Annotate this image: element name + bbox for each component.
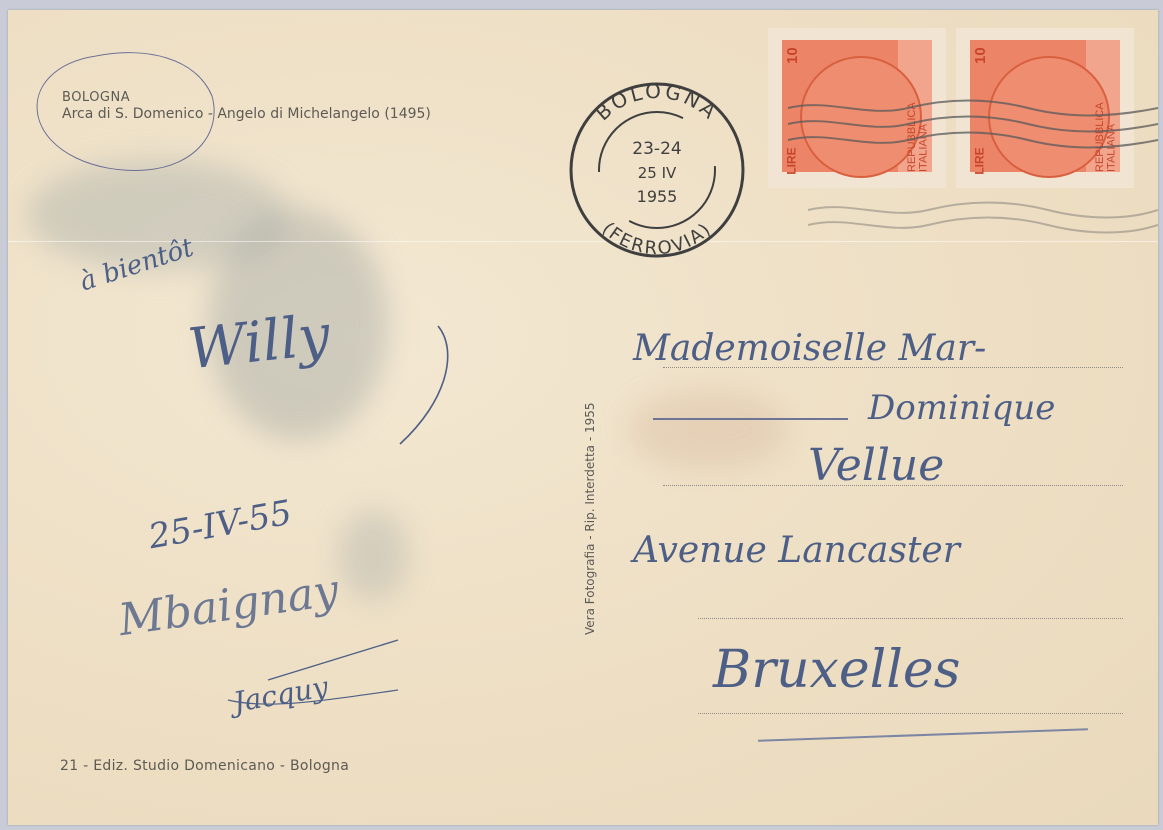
postmark-time: 23-24 (632, 139, 681, 159)
handwritten-date: 25-IV-55 (146, 493, 295, 557)
address-underline (758, 728, 1088, 742)
postmark-station: (FERROVIA) (598, 218, 716, 258)
address-line-5: Bruxelles (713, 640, 960, 700)
address-line-1: Mademoiselle Mar- (633, 328, 986, 369)
postmark-date: 25 IV (638, 164, 677, 182)
svg-text:BOLOGNA: BOLOGNA (591, 79, 724, 125)
postmark-year: 1955 (637, 187, 678, 206)
svg-text:(FERROVIA): (FERROVIA) (598, 218, 716, 258)
postcard-back: BOLOGNA Arca di S. Domenico - Angelo di … (8, 10, 1158, 825)
caption-subtitle: Arca di S. Domenico - Angelo di Michelan… (62, 106, 431, 122)
signature-underline (208, 630, 408, 750)
water-stain (338, 510, 408, 600)
foxing-stain (628, 390, 788, 470)
address-line-2: Dominique (868, 388, 1055, 428)
stamp-value: 10 (784, 47, 801, 64)
address-underline (653, 418, 848, 420)
address-line-3: Vellue (808, 440, 944, 491)
address-line (698, 618, 1123, 619)
postmark: BOLOGNA (FERROVIA) 23-24 25 IV 1955 (563, 78, 751, 258)
stamp-value: 10 (972, 47, 989, 64)
caption-title: BOLOGNA (62, 90, 130, 105)
publisher-footer: 21 - Ediz. Studio Domenicano - Bologna (60, 758, 349, 774)
address-line (698, 713, 1123, 714)
signature-flourish (388, 320, 468, 450)
postmark-city: BOLOGNA (591, 79, 724, 125)
cancellation-waves (768, 80, 1158, 240)
address-line-4: Avenue Lancaster (633, 530, 960, 571)
vertical-print-note: Vera Fotografia - Rip. Interdetta - 1955 (583, 402, 597, 635)
